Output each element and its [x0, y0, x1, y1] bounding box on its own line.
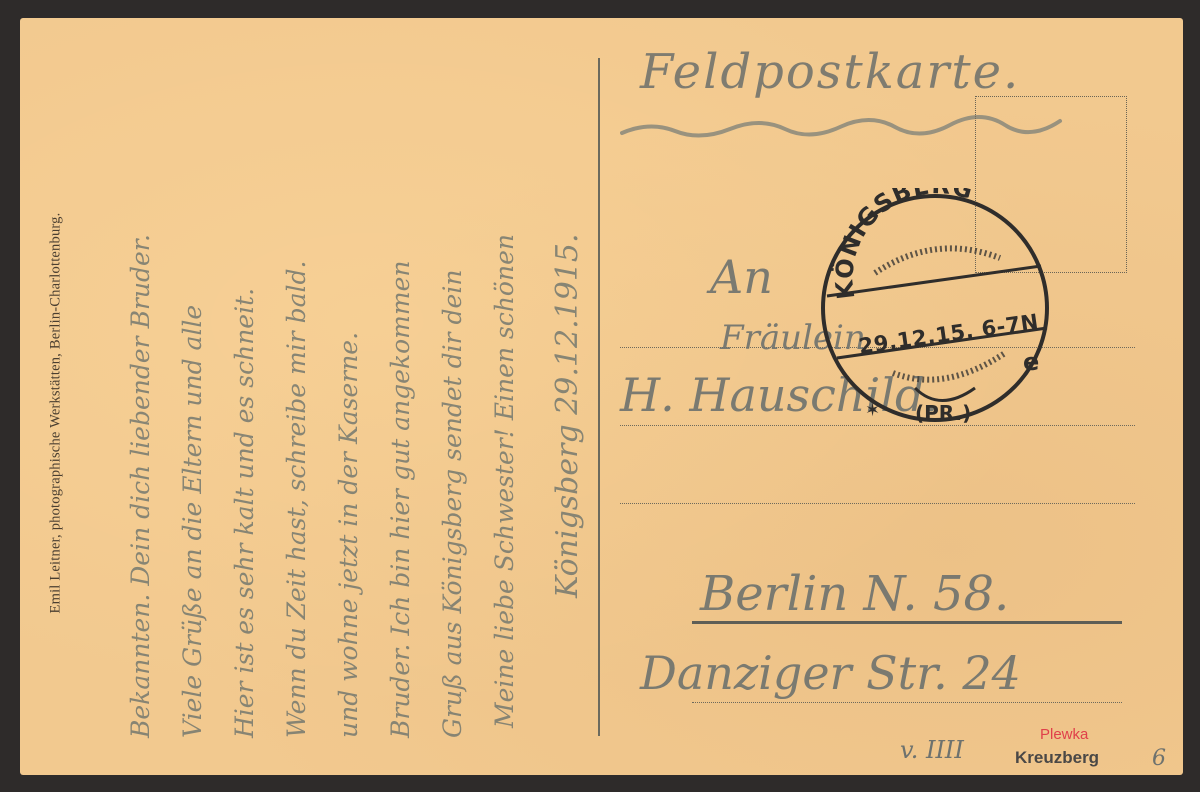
address-line-street [692, 702, 1122, 703]
address-salutation: An [710, 250, 773, 304]
corner-number: 6 [1152, 746, 1166, 771]
star-icon: ✶ [865, 400, 880, 421]
postmark-suffix: e [1023, 348, 1039, 376]
message-place-date: Königsberg 29.12.1915. [550, 233, 585, 598]
address-street: Danziger Str. 24 [640, 646, 1021, 700]
card-title: Feldpostkarte. [640, 44, 1020, 100]
message-line: Gruß aus Königsberg sendet dir dein [438, 270, 467, 738]
postmark-region: (PR.) [915, 401, 971, 425]
message-line: und wohne jetzt in der Kaserne. [334, 332, 363, 738]
message-line: Meine liebe Schwester! Einen schönen [490, 234, 519, 728]
dealer-stamp-name: Plewka [1040, 726, 1088, 743]
center-divider [598, 58, 600, 736]
message-line: Hier ist es sehr kalt und es schneit. [230, 288, 259, 738]
postcard: Emil Leitner, photographische Werkstätte… [20, 18, 1183, 775]
dealer-stamp-location: Kreuzberg [1015, 748, 1099, 768]
message-area: Königsberg 29.12.1915. Meine liebe Schwe… [60, 38, 600, 758]
address-floor-note: v. IIII [900, 736, 964, 764]
message-line: Bekannten. Dein dich liebender Bruder. [126, 234, 155, 738]
message-line: Wenn du Zeit hast, schreibe mir bald. [282, 261, 311, 738]
address-line-3 [620, 503, 1135, 504]
address-city: Berlin N. 58. [700, 566, 1009, 622]
postmark-cancel: KÖNIGSBERG e ✶ (PR.) [815, 188, 1055, 428]
message-line: Viele Grüße an die Eltern und alle [178, 305, 207, 738]
message-line: Bruder. Ich bin hier gut angekommen [386, 261, 415, 739]
